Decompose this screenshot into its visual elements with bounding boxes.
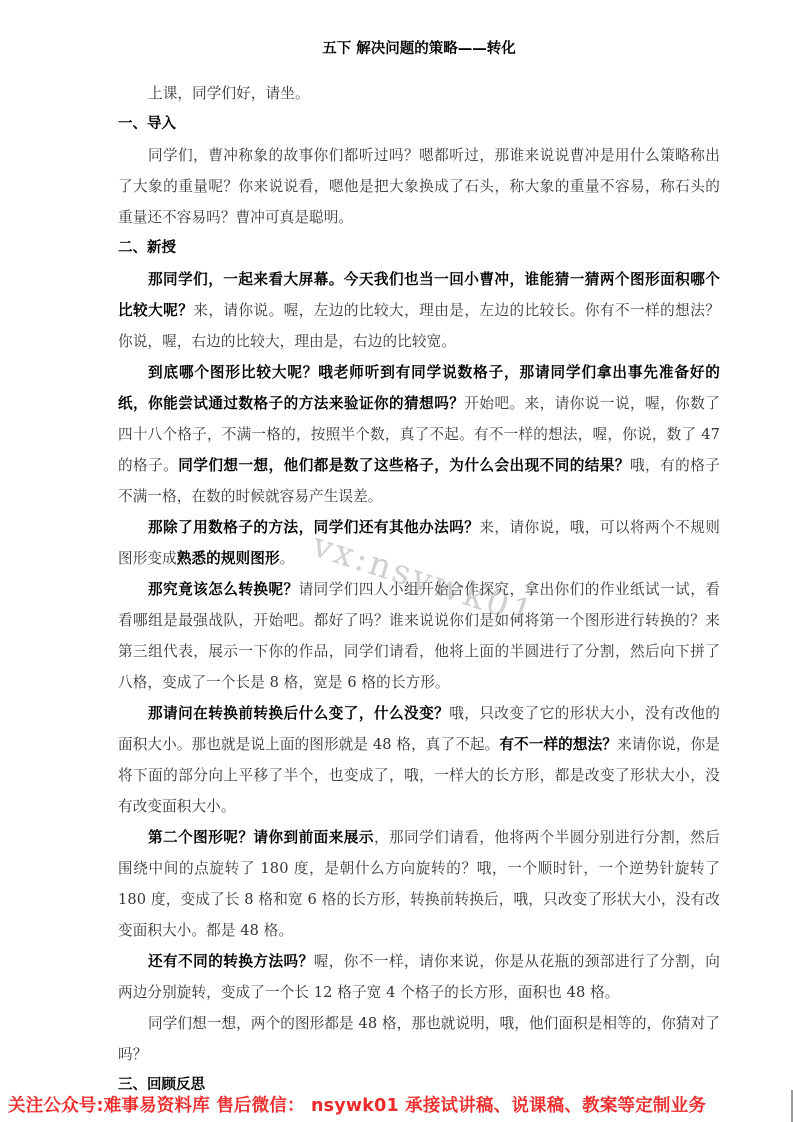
lesson-paragraph-2: 到底哪个图形比较大呢？哦老师听到有同学说数格子，那请同学们拿出事先准备好的纸，你…	[118, 357, 720, 512]
lesson-paragraph-3: 那除了用数格子的方法，同学们还有其他办法吗？来，请你说，哦，可以将两个不规则图形…	[118, 512, 720, 574]
bold-segment: 那除了用数格子的方法，同学们还有其他办法吗？	[148, 519, 479, 536]
bold-segment: 还有不同的转换方法吗？	[148, 953, 314, 970]
lesson-paragraph-5: 那请问在转换前转换后什么变了，什么没变？哦，只改变了它的形状大小，没有改他的面积…	[118, 698, 720, 822]
document-title: 五下 解决问题的策略——转化	[118, 38, 720, 60]
opening-paragraph: 上课，同学们好，请坐。	[118, 78, 720, 109]
bold-segment: 那究竟该怎么转换呢？	[148, 581, 299, 598]
section-heading-new-lesson: 二、新授	[118, 233, 720, 264]
text-segment: 来，请你说。喔，左边的比较大，理由是，左边的比较长。你有不一样的想法？你说，喔，…	[118, 302, 720, 350]
lesson-paragraph-4: 那究竟该怎么转换呢？请同学们四人小组开始合作探究，拿出你们的作业纸试一试，看看哪…	[118, 574, 720, 698]
text-segment: 同学们想一想，两个的图形都是 48 格，那也就说明，哦，他们面积是相等的，你猜对…	[118, 1015, 720, 1063]
text-segment: 。	[280, 550, 295, 567]
lesson-paragraph-7: 还有不同的转换方法吗？喔，你不一样，请你来说，你是从花瓶的颈部进行了分割，向两边…	[118, 946, 720, 1008]
section-heading-intro: 一、导入	[118, 109, 720, 140]
bold-segment: 熟悉的规则图形	[177, 550, 280, 567]
bold-segment: 同学们想一想，他们都是数了这些格子，为什么会出现不同的结果？	[178, 457, 630, 474]
document-page: 五下 解决问题的策略——转化 上课，同学们好，请坐。 一、导入 同学们，曹冲称象…	[118, 38, 720, 1101]
bold-segment: 那请问在转换前转换后什么变了，什么没变？	[148, 705, 449, 722]
footer-banner: 关注公众号:难事易资料库 售后微信： nsywk01 承接试讲稿、说课稿、教案等…	[0, 1092, 790, 1122]
bold-segment: 第二个图形呢？请你到前面来展示	[148, 829, 374, 846]
lesson-paragraph-6: 第二个图形呢？请你到前面来展示，那同学们请看，他将两个半圆分别进行分割，然后围绕…	[118, 822, 720, 946]
bold-segment: 有不一样的想法？	[499, 736, 617, 753]
intro-paragraph: 同学们，曹冲称象的故事你们都听过吗？嗯都听过，那谁来说说曹冲是用什么策略称出了大…	[118, 140, 720, 233]
text-segment: 同学们，曹冲称象的故事你们都听过吗？嗯都听过，那谁来说说曹冲是用什么策略称出了大…	[118, 147, 720, 226]
lesson-paragraph-1: 那同学们，一起来看大屏幕。今天我们也当一回小曹冲，谁能猜一猜两个图形面积哪个比较…	[118, 264, 720, 357]
lesson-paragraph-8: 同学们想一想，两个的图形都是 48 格，那也就说明，哦，他们面积是相等的，你猜对…	[118, 1008, 720, 1070]
